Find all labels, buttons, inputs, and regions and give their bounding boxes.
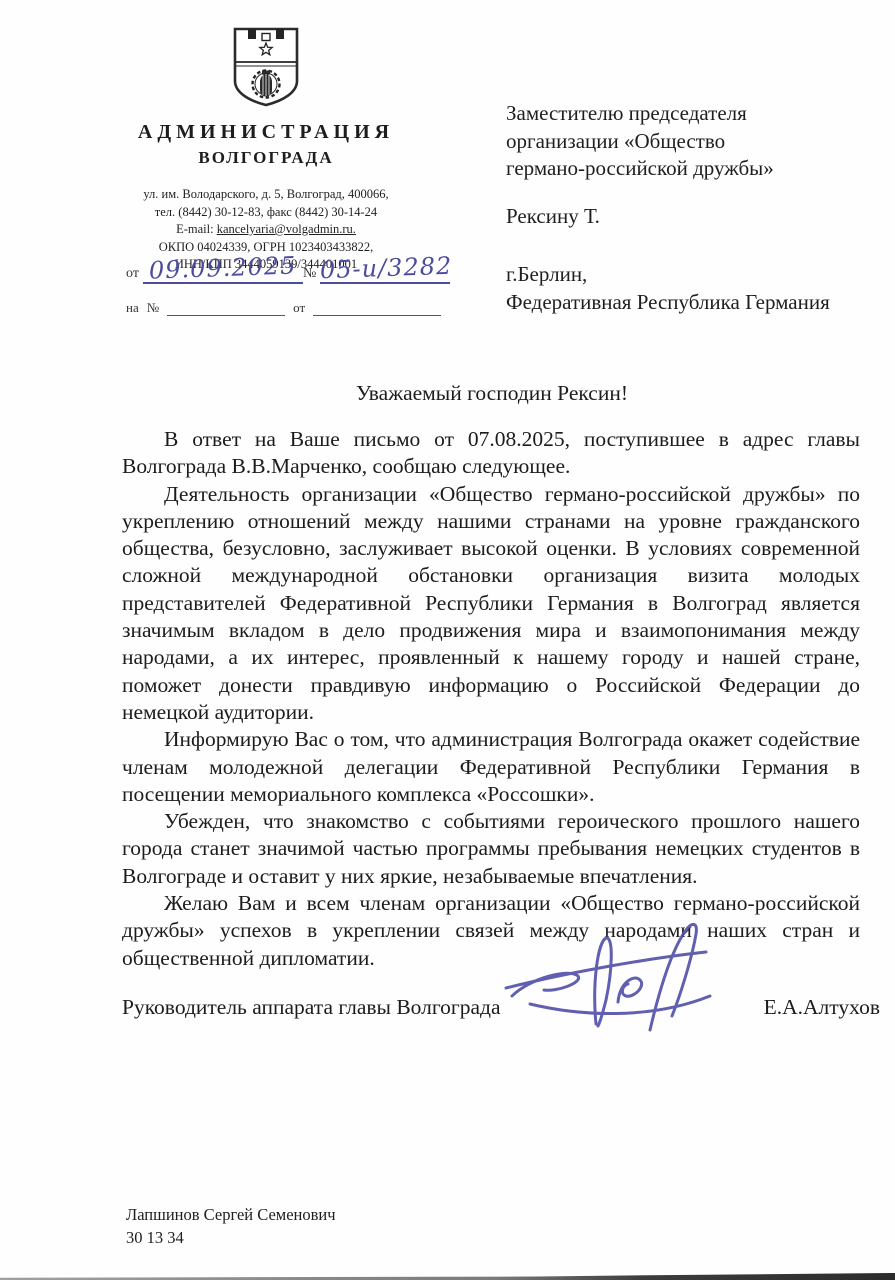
recipient-block: Заместителю председателя организации «Об… (506, 100, 878, 316)
recipient-title-line1: Заместителю председателя (506, 100, 878, 128)
handwritten-signature-icon (500, 912, 760, 1047)
executor-phone: 30 13 34 (126, 1226, 336, 1249)
reply-reference-row: на № от (126, 300, 456, 316)
volgograd-coat-of-arms-icon (232, 26, 300, 108)
outgoing-date-line: 09.09.2025 (143, 256, 303, 284)
from-label: от (126, 266, 143, 284)
reply-number-blank-line (167, 301, 285, 316)
paragraph-1: В ответ на Ваше письмо от 07.08.2025, по… (122, 426, 860, 481)
outgoing-number-line: 05-и/3282 (320, 256, 450, 284)
email-address: kancelyaria@volgadmin.ru. (217, 222, 356, 236)
reply-number-label: № (147, 300, 159, 316)
recipient-city: г.Берлин, (506, 261, 878, 289)
signature-row: Руководитель аппарата главы Волгограда Е… (122, 995, 880, 1020)
reference-block: от 09.09.2025 № 05-и/3282 на № от (126, 256, 456, 316)
executor-block: Лапшинов Сергей Семенович 30 13 34 (126, 1203, 336, 1249)
outgoing-reference-row: от 09.09.2025 № 05-и/3282 (126, 256, 456, 284)
letter-body: В ответ на Ваше письмо от 07.08.2025, по… (122, 426, 860, 972)
org-name-line2: ВОЛГОГРАДА (118, 148, 414, 168)
org-name-line1: АДМИНИСТРАЦИЯ (118, 121, 414, 144)
signer-position-title: Руководитель аппарата главы Волгограда (122, 995, 501, 1020)
reply-on-label: на (126, 300, 139, 316)
executor-name: Лапшинов Сергей Семенович (126, 1203, 336, 1226)
handwritten-date: 09.09.2025 (149, 253, 297, 284)
number-label: № (303, 266, 320, 284)
paragraph-2: Деятельность организации «Общество герма… (122, 481, 860, 727)
recipient-name: Рексину Т. (506, 203, 878, 231)
salutation: Уважаемый господин Рексин! (122, 381, 862, 406)
reply-date-blank-line (313, 301, 441, 316)
signer-name: Е.А.Алтухов (764, 995, 880, 1020)
paragraph-4: Убежден, что знакомство с событиями геро… (122, 808, 860, 890)
org-phone-fax: тел. (8442) 30-12-83, факс (8442) 30-14-… (118, 204, 414, 222)
letterhead: АДМИНИСТРАЦИЯ ВОЛГОГРАДА ул. им. Володар… (118, 26, 414, 274)
handwritten-number: 05-и/3282 (320, 254, 453, 285)
scanned-letter-page: АДМИНИСТРАЦИЯ ВОЛГОГРАДА ул. им. Володар… (0, 0, 895, 1280)
reply-from-label: от (293, 300, 305, 316)
email-label: E-mail: (176, 222, 217, 236)
recipient-title-line2: организации «Общество (506, 128, 878, 156)
recipient-title-line3: германо-российской дружбы» (506, 155, 878, 183)
scan-edge-artifact (0, 1273, 895, 1280)
paragraph-3: Информирую Вас о том, что администрация … (122, 726, 860, 808)
org-address: ул. им. Володарского, д. 5, Волгоград, 4… (118, 186, 414, 204)
org-email-line: E-mail: kancelyaria@volgadmin.ru. (118, 221, 414, 239)
recipient-country: Федеративная Республика Германия (506, 289, 878, 317)
